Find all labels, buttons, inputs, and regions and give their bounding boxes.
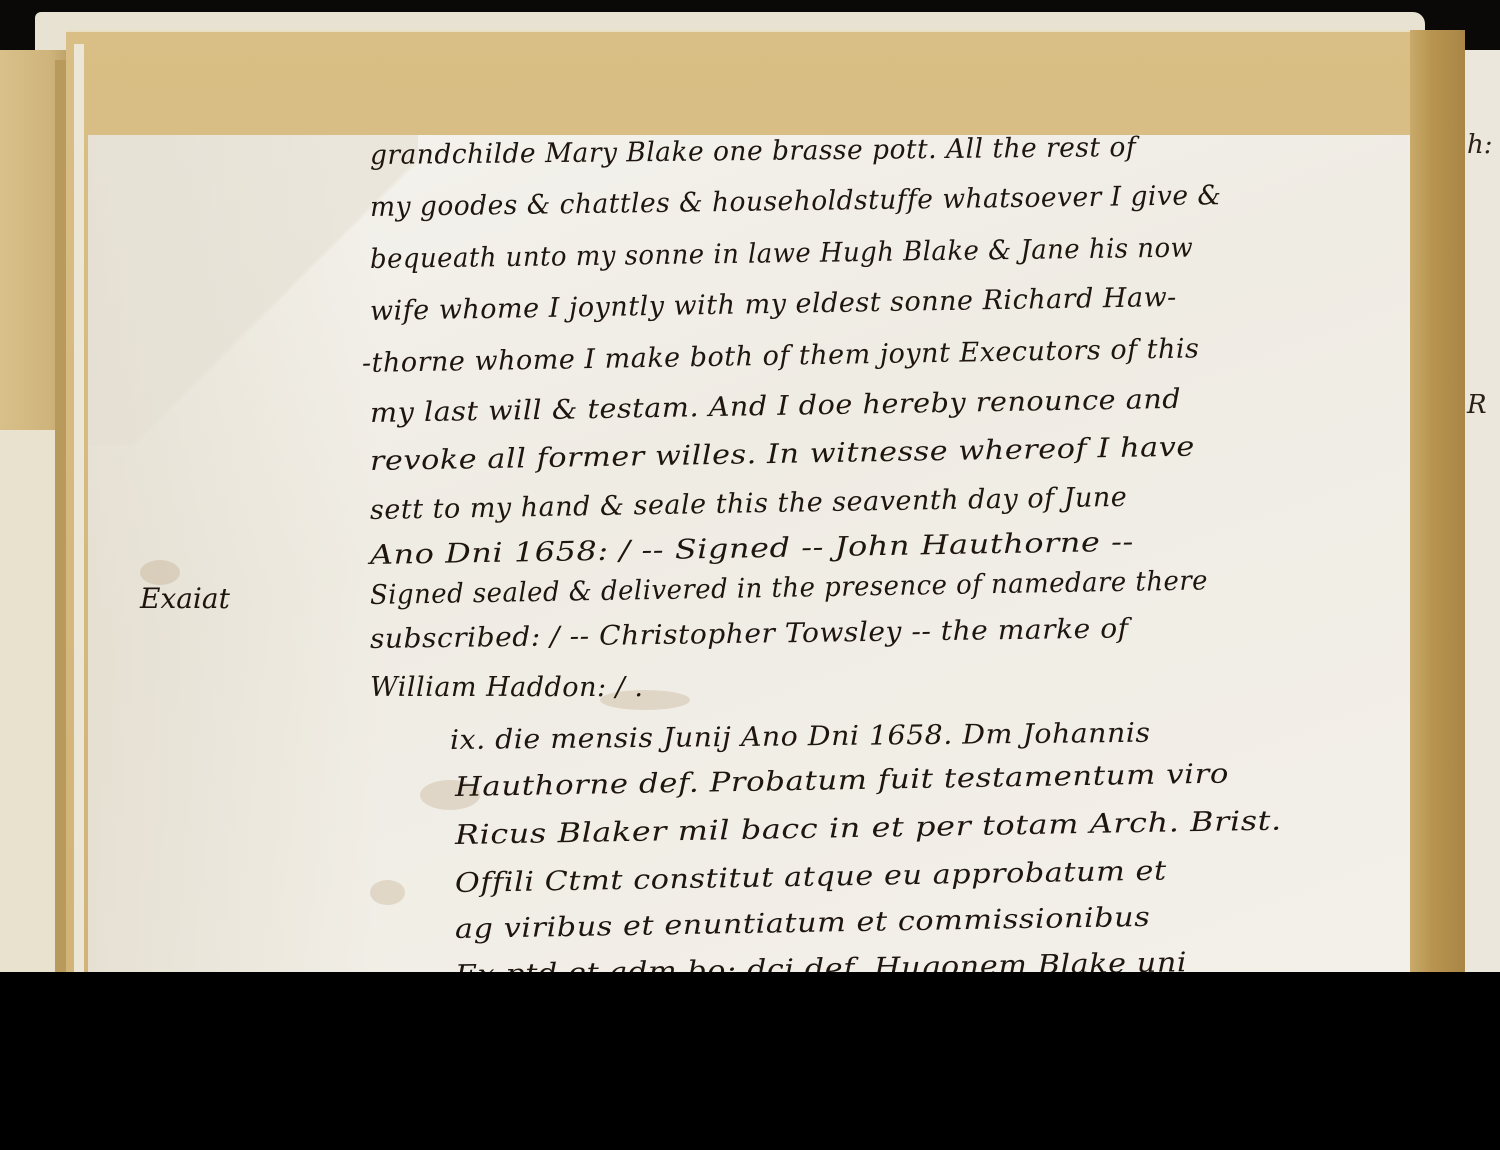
- adjacent-page-fragment: R: [1467, 390, 1497, 420]
- paper-stain: [370, 880, 405, 905]
- right-binding-strip: [1410, 30, 1465, 972]
- sheet-fold-shade: [88, 135, 418, 445]
- margin-note-exaiat: Exaiat: [140, 582, 230, 615]
- adjacent-page-edge: h: R: [1465, 50, 1500, 972]
- adjacent-page-fragment: h:: [1467, 130, 1497, 160]
- underlying-page-left-light: [0, 430, 55, 972]
- black-letterbox: [0, 972, 1500, 1150]
- manuscript-photograph: h: R Exaiat grandchilde Mary Blake one b…: [0, 0, 1500, 972]
- card-inner-strip: [74, 44, 84, 972]
- will-line: William Haddon: / .: [370, 672, 643, 703]
